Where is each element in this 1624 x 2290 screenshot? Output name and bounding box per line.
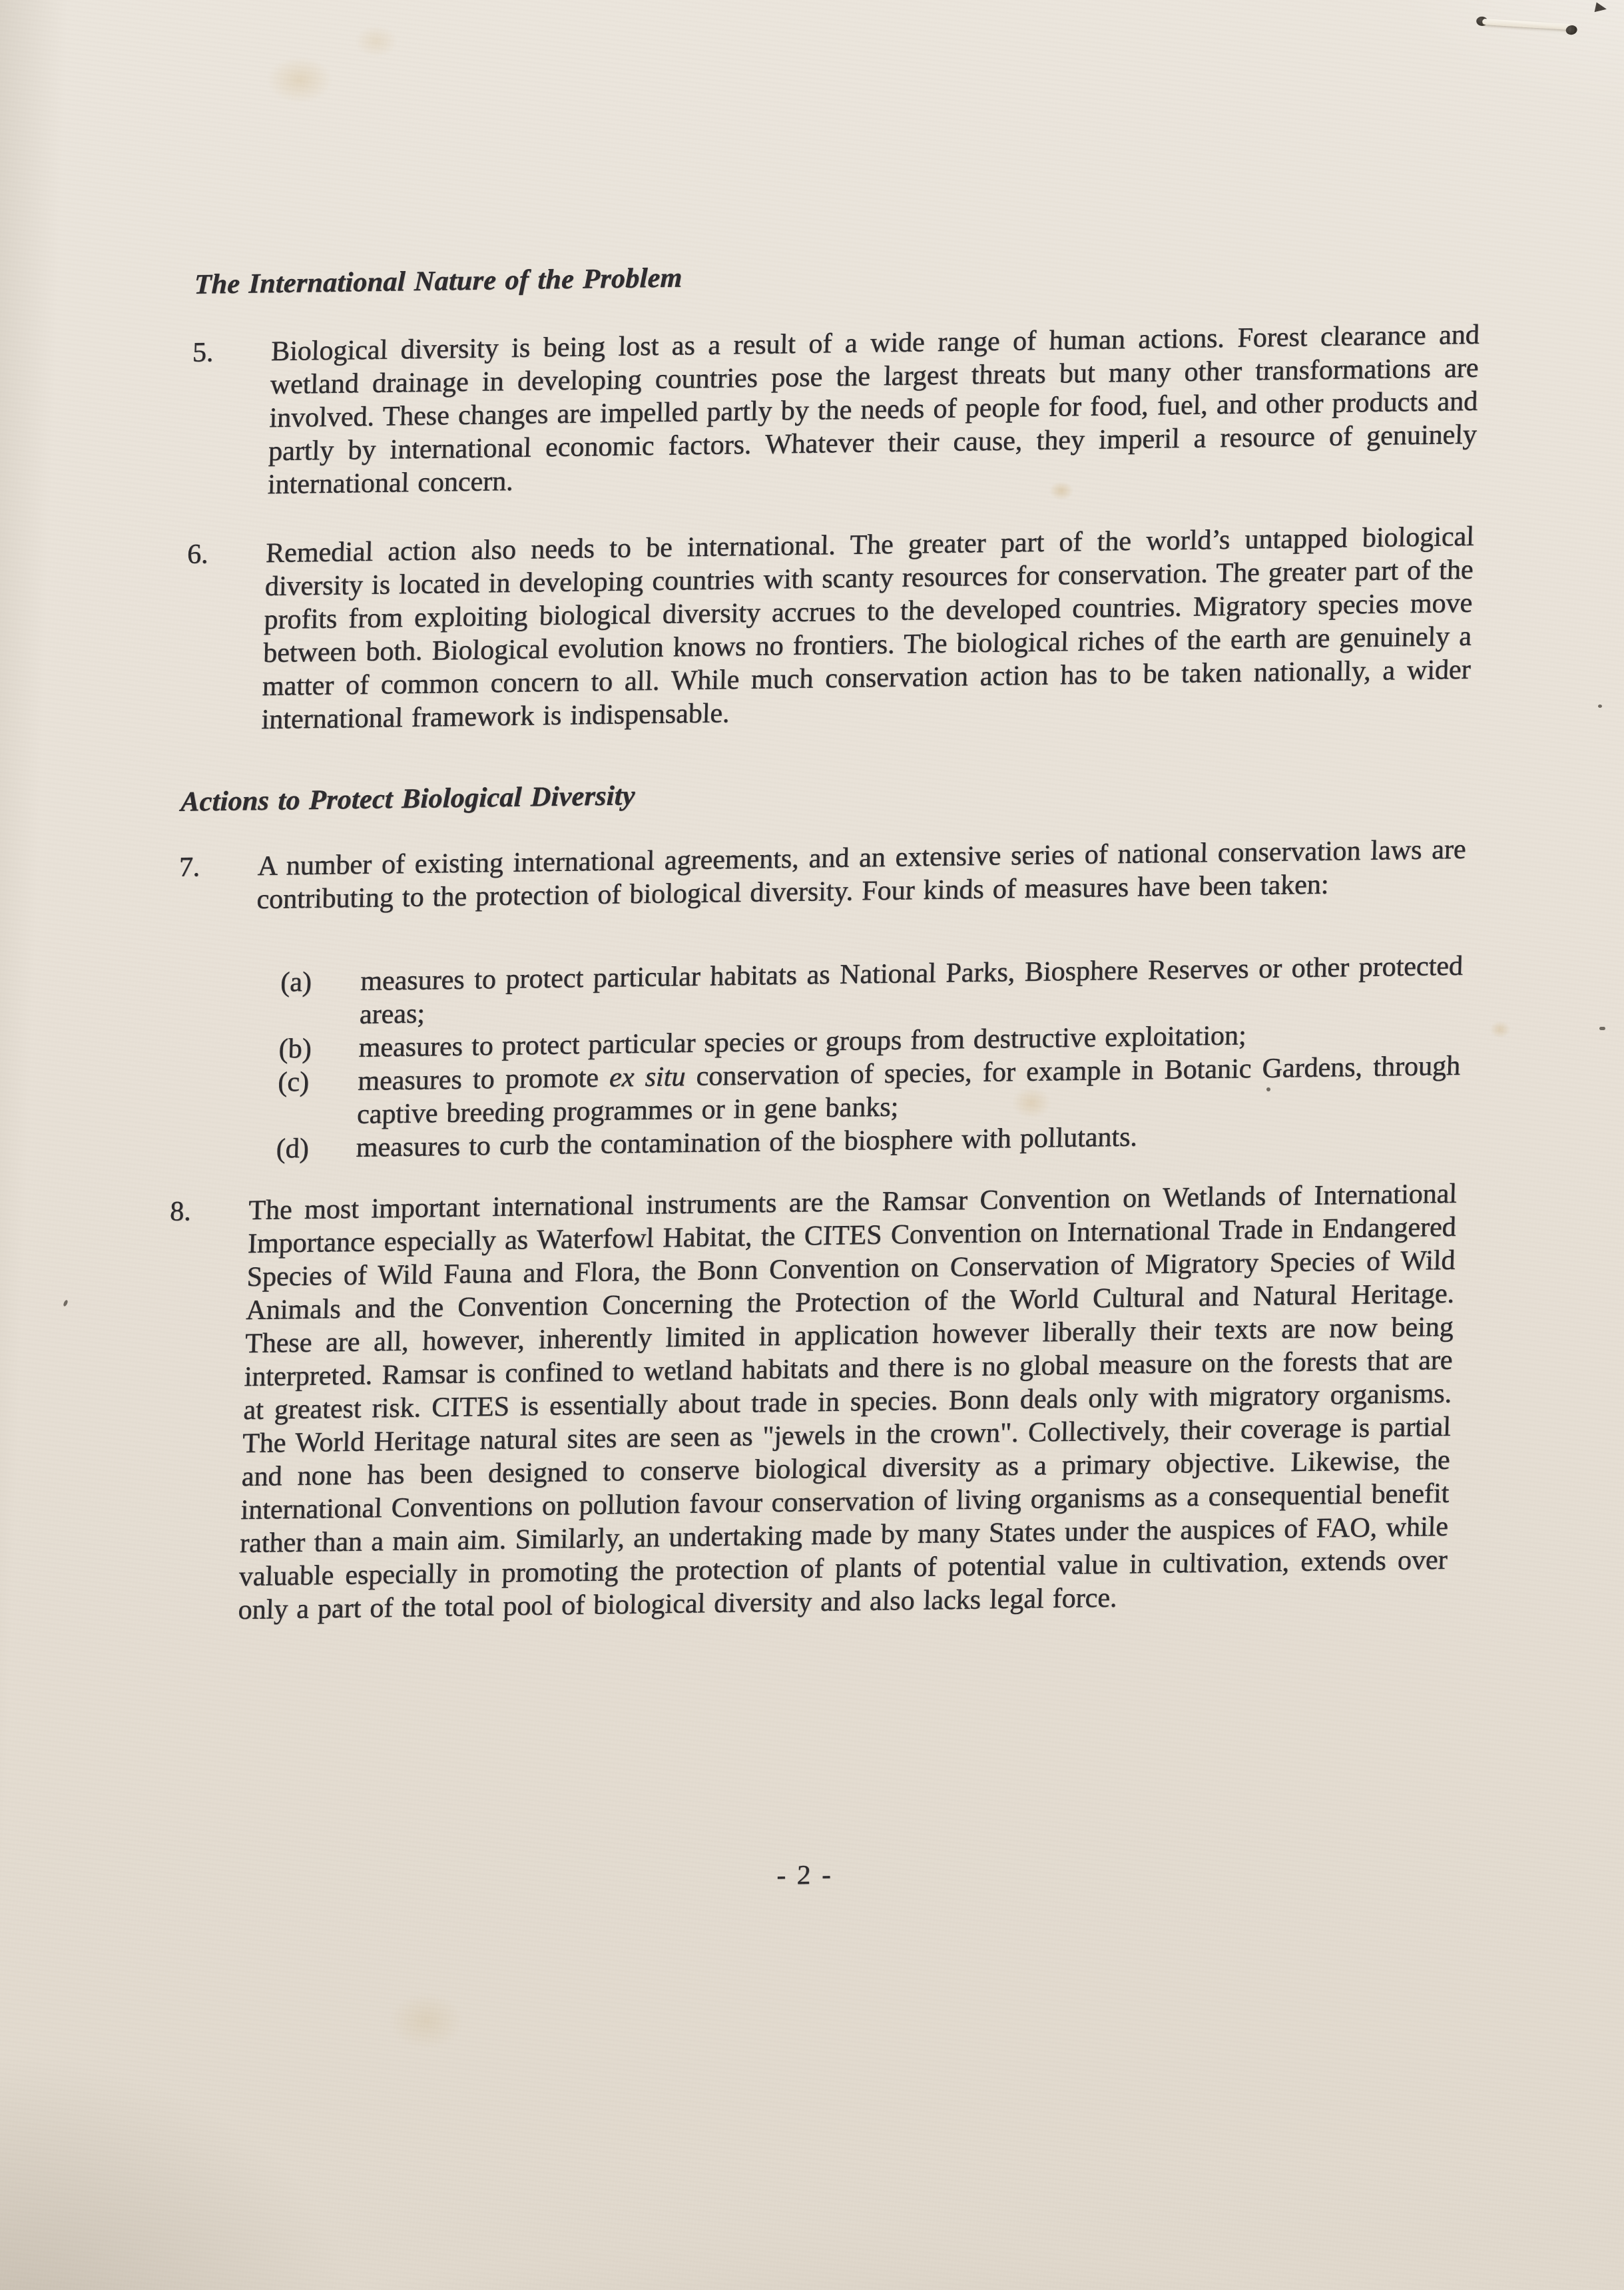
paragraph-number: 8. [170,1195,192,1228]
scan-speck [1598,705,1602,708]
list-item-text-italic: ex situ [609,1061,686,1093]
paragraph-number: 5. [192,336,214,369]
list-item-label: (c) [278,1065,310,1099]
paragraph-7: 7. A number of existing international ag… [178,833,1466,918]
list-item-label: (b) [278,1032,312,1066]
page-number: - 2 - [160,1849,1448,1900]
scan-speck [1599,1027,1605,1030]
list-item-text-pre: measures to promote [358,1063,610,1097]
staple-bar [1482,19,1571,30]
typed-content: The International Nature of the Problem … [0,0,1624,1903]
list-item-label: (a) [280,966,312,1000]
scanned-document-page: The International Nature of the Problem … [0,0,1624,2290]
corner-smudge-mark [1595,2,1608,14]
paragraph-text: Remedial action also needs to be interna… [261,521,1474,735]
paragraph-5: 5. Biological diversity is being lost as… [188,318,1480,503]
paragraph-number: 6. [187,537,209,571]
paragraph-8: 8. The most important international inst… [159,1177,1458,1628]
list-item-label: (d) [276,1132,309,1166]
paragraph-text: A number of existing international agree… [256,834,1466,915]
section-heading-international-nature: The International Nature of the Problem [194,250,1482,302]
text-column: The International Nature of the Problem … [152,250,1482,1900]
paragraph-text: The most important international instrum… [238,1179,1458,1625]
paragraph-text: Biological diversity is being lost as a … [267,320,1480,500]
section-heading-actions-to-protect: Actions to Protect Biological Diversity [180,768,1468,819]
paragraph-number: 7. [178,850,200,884]
scan-speck [1266,1087,1270,1091]
paragraph-6: 6. Remedial action also needs to be inte… [182,520,1475,738]
